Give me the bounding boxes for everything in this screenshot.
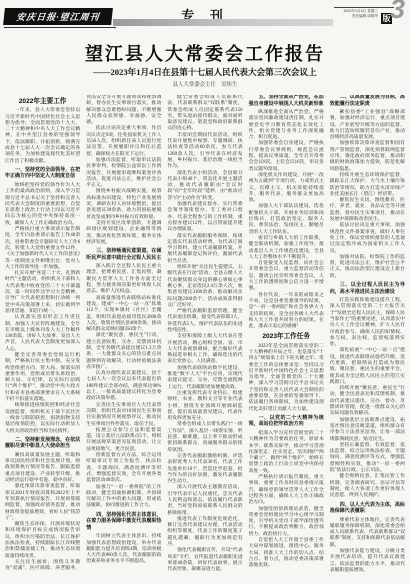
paragraph: 各位代表，一年来的成绩来之不易，这是县委坚强领导的结果，是“一府一委两院”和社会… xyxy=(249,293,324,331)
paragraph: 支持和保障上级人大代表在望开展活动，精心组织全国、省、市人大代表视察调研，配合做… xyxy=(167,334,242,365)
paragraph: 密切与乡镇人大的工作联系，健全联动机制，加强工作指导，推动基层人大工作规范化建设… xyxy=(249,236,324,261)
paragraph: 拓展公众参与立法和监督渠道，设立基层立法联系点5个，组织开展法规草案意见征询活动… xyxy=(86,428,161,453)
paragraph: 加强基层立法联系点建设，拓宽社情民意反映渠道，组织群众有序参与立法意见征询，让每… xyxy=(330,418,405,443)
paragraph: 紧扣县委“工业强县”战略部署，加强对经济运行、重点项目建设、产业转型升级等方面的… xyxy=(330,110,405,141)
paragraph: 加强对法院、检察院工作的监督，促进司法公正，维护社会公平正义，推动法治望江建设迈… xyxy=(330,255,405,280)
paragraph: 组织开展“关注民生提建议、五级代表在行动”活动，全县五级人大代表聚焦群众身边的操… xyxy=(167,265,242,309)
paragraph: 打造实践阵地建设提升工程，深入贯彻落实党的二十大报告关于“发展全过程人民民主，保… xyxy=(330,298,405,348)
paragraph: 创新监督方式方法，综合运用听取审议专项工作报告、执法检查、专题询问、满意度测评等… xyxy=(86,453,161,484)
paragraph: 高质量推进代表联络站标准化建设，建成“一中心一站一点”阵地112个，实现乡镇村（… xyxy=(86,296,161,334)
paragraph: 扎实开展“喜迎二十大、礼赞新时代”主题活动，组织机关干部和人大代表集中收看党的二… xyxy=(5,271,80,315)
page-header: 安庆日报·望江周刊 专 刊 2023年1月4日 星期三 责任编辑 周明华 版 3 xyxy=(0,0,410,32)
paragraph: 落实代表履职服务保障，按规定落实代表活动经费，为代表订阅学习资料，建立代表履职档… xyxy=(167,234,242,265)
header-meta: 2023年1月4日 星期三 责任编辑 周明华 xyxy=(300,9,378,20)
paragraph: 纵深推进全面从严治党，严格落实党风廉政建设责任制，扎实开展党史学习教育常态化长效… xyxy=(249,110,324,141)
article-subtitle: ——2023年1月4日在县第十七届人民代表大会第三次会议上 xyxy=(0,66,410,78)
paragraph: 加强与“一府一委两院”的工作联动，健全沟通协调机制，共同研究解决工作中的重大问题… xyxy=(86,485,161,510)
paragraph: 依法讨论决定重大事项，作出决议决定9项，任免国家机关工作人员56人次，组织新任命… xyxy=(86,126,161,157)
header-rule xyxy=(334,7,394,8)
item-heading: 二、坚持新发展理念，在依法履职尽责中彰显人大使命担当 xyxy=(5,438,80,451)
paragraph: 深化机关作风建设，开展“一改两为五做到”专项行动，力戒形式主义、官僚主义，机关效… xyxy=(249,173,324,204)
paragraph: 丰富闭会期间代表活动，组织代表开展集中视察、专题调研、执法检查等活动60余次，参… xyxy=(167,133,242,171)
paragraph: 常委会组成人员带头践行“一线工作法”，深入基层一线察实情、听民意、解难题，以上率… xyxy=(167,422,242,453)
editor-line: 责任编辑 周明华 xyxy=(300,14,378,19)
paragraph: 统筹推进疫情防控和经济社会发展监督，组织机关干部下沉社区一线参与联防联控，捐款捐… xyxy=(5,403,80,434)
paragraph: 严格执行重大事项请示报告制度，全年向县委请示报告工作40余次，县委常委会专题研究… xyxy=(5,227,80,271)
paragraph: 依法讨论决定重大事项，加强规范性文件备案审查，做好人事任免工作，保证党组织推荐的… xyxy=(330,223,405,254)
item-heading: 四、以人大代表为主体，高标准保障代表履职 xyxy=(330,503,405,516)
newspaper-page: 安庆日报·望江周刊 专 刊 2023年1月4日 星期三 责任编辑 周明华 版 3… xyxy=(0,0,410,584)
item-heading: 三、以全过程人民民主为导向，高水平推进民主法治建设 xyxy=(330,283,405,296)
paragraph: 始终把坚持党的领导作为人大工作的最高政治原则，深入学习贯彻习近平总书记关于坚持和… xyxy=(5,183,80,227)
paragraph: 2023年是全面贯彻落实党的二十大精神的开局之年，也是落实“十四五”规划承上启下… xyxy=(249,344,324,413)
paragraph: 深化“聚民意，惠民生”行动，建立民意收集、交办、反馈闭环机制，全年各级代表提出建… xyxy=(86,333,161,371)
paragraph: 深化拓展“一中心一站一点”建设，推进代表联络站提档升级、迭代更新，把联络站打造成… xyxy=(330,348,405,386)
item-heading: 二、以高质量发展为目标，高效能履行法定职责 xyxy=(330,95,405,108)
article-body: 2022年主要工作一年来，县人大常委会坚持以习近平新时代中国特色社会主义思想为指… xyxy=(5,95,405,578)
paragraph: 牢固树立代表主体意识，持续加强代表思想政治建设，举办代表履职能力提升培训班4期，… xyxy=(86,534,161,565)
paragraph: 聚焦生态环保，开展环境状况和环境保护目标完成情况报告审议，组织水污染防治法、长江… xyxy=(5,522,80,560)
article-headline: 望江县人大常委会工作报告 xyxy=(0,40,410,66)
paragraph: 尊重代表主体地位，完善代表履职服务保障机制，深化常委会组成人员联系代表、代表联系… xyxy=(330,518,405,549)
paragraph: 把深入学习宣传贯彻党的二十大精神作为首要政治任务，原原本本学、联系实际学，推动学… xyxy=(249,431,324,475)
header-gray-bar xyxy=(113,19,333,26)
paragraph: 健全常委会组成人员联系代表、代表联系群众“双联系”制度，常委会组成人员固定联系代… xyxy=(167,95,242,133)
paragraph: 加强代表联络站数字化建设，推进“数字人大”平台应用，实现代表建议提交、交办、反馈… xyxy=(167,366,242,391)
item-heading: 五、坚持全面从严治党，在加强自身建设中展现人大机关新形象 xyxy=(249,95,324,108)
paragraph: 自觉接受人民监督，向社会公开常委会会议、重大监督活动等信息，邀请公民旁听常委会会… xyxy=(249,261,324,292)
paragraph: 加强司法监督，听取审议法院民事审判、检察院公益诉讼工作情况报告，开展庭审观摩和案… xyxy=(86,158,161,189)
paragraph: 认真落实意识形态工作责任制，加强人大宣传阵地建设，全年在市级以上媒体刊发人大工作… xyxy=(5,315,80,353)
paragraph: 加强预算决算审查监督和国有资产管理监督，深化预算联网监督应用，强化政府债务监督，… xyxy=(330,141,405,172)
paragraph: 认真办理代表议案建议，县十七届人大一次会议以来代表提出的186件建议全部办结，满… xyxy=(86,371,161,402)
paragraph: 强化代表履职宣传，开设“代表风采”专栏，宣传报道代表履职先进事迹40余篇，讲好代… xyxy=(167,548,242,573)
paragraph: 持续开展“聚民意，惠民生”行动，健全民意表达和反馈机制，推动代表建议提出、交办、… xyxy=(330,386,405,417)
paragraph: 围绕乡村振兴战略实施，视察高标准农田建设、特色产业发展情况，调研农村人居环境整治… xyxy=(86,189,161,220)
paragraph: 深化代表小组活动，全县划分代表小组46个，常态化开展主题活动，推动代表履职由“会… xyxy=(167,171,242,202)
paragraph: 支持开发区改革创新，专题调研园区规划建设、企业融资等情况，推动优化营商环境，服务… xyxy=(86,221,161,246)
item-heading: 四、坚持强化代表主体意识，在着力服务保障中激发代表履职热情 xyxy=(86,513,161,533)
paragraph: 持续开展生态环境保护监督，跟踪长江大保护、大气水土壤污染防治等情况，助力打造水清… xyxy=(330,173,405,198)
paragraph: 健全吸纳民意、汇集民智工作机制，完善调查研究、论证评估等制度，使人大各项工作更好… xyxy=(330,474,405,499)
item-heading: 三、坚持畅通民意渠道，在倾听民声民意中践行全过程人民民主 xyxy=(86,249,161,262)
paragraph: 加强党的创新理论武装，健全常委会党组理论学习中心组学习制度，引导机关党员干部学深… xyxy=(249,507,324,538)
paragraph: 严格执行请示报告制度，重大事项、重要工作及时向县委请示报告，确保党的领导贯穿人大… xyxy=(249,475,324,506)
paragraph: 加强常委会自身建设，严格执行常委会议事规则，规范会议流程，提高议事质量，全年召开… xyxy=(249,141,324,172)
paragraph: 自觉把人大工作置于县委工作大局中谋划推进，围绕中心、服务大局，找准人大工作的切入… xyxy=(249,538,324,569)
paragraph: 加强代表能力建设，分级分类开展代表培训，提升代表议政建言、依法监督的能力水平，推… xyxy=(330,549,405,574)
paragraph: 注重发挥代表专业特长，组建财经、农业、教科文卫等专业代表小组，围绕专业领域开展调… xyxy=(167,391,242,422)
paragraph: 推进代表工作制度化规范化，修订完善代表建议办理、代表活动组织等制度，代表工作的制… xyxy=(167,517,242,548)
article-byline: 县人大常委会主任 吴炜生 xyxy=(0,80,410,88)
paragraph: 一年来，县人大常委会坚持以习近平新时代中国特色社会主义思想为指导，全面贯彻党的十… xyxy=(5,108,80,165)
paragraph: 聚焦民生关切，围绕教育、医疗、养老、就业、食品安全等开展监督，督办民生实事项目，… xyxy=(330,198,405,223)
edition-number: 3 xyxy=(390,0,410,25)
item-heading: 一、以党的二十大精神为统领，高站位把牢政治方向 xyxy=(249,416,324,429)
item-heading: 一、坚持党的全面领导，在把牢正确方向中坚定人大制度自信 xyxy=(5,168,80,181)
section-heading: 2023年工作任务 xyxy=(249,334,324,340)
paragraph: 加强人大干部队伍建设，选优配强机关干部，开展业务培训和岗位练兵，打造政治坚定、服… xyxy=(249,204,324,235)
paragraph: 完善民生实事项目人大代表票决制，组织代表对10项民生实事项目实施情况开展视察评议… xyxy=(86,403,161,428)
paragraph: 深入开展代表主题教育活动，引导代表牢记人民重托，忠实代表人民利益和意志，依法履行… xyxy=(167,485,242,516)
paragraph: 加强代表建议督办，实行常委会领导领衔督办、专工委对口督办、代表全程参与的工作机制… xyxy=(167,202,242,233)
paragraph: 强化预算决算审查监督，听取审议2021年财政决算和2022年上半年预算执行情况报… xyxy=(5,484,80,522)
paragraph: 健全完善常委会党组运行机制，严格执行民主集中制，充分发挥党组把方向、管大局、保落… xyxy=(5,353,80,403)
paragraph: 坚持正确监督、有效监督、依法监督，综合运用执法检查、专题询问、满意度测评等方式，… xyxy=(330,443,405,474)
paragraph: 深入践行全过程人民民主重大理念，把尊重民意、汇集民智、凝聚民力贯穿人大工作各方面… xyxy=(86,264,161,295)
paragraph: 紧扣高质量发展主题，听取和审议国民经济和社会发展计划、财政预算执行情况等报告，跟… xyxy=(5,453,80,484)
paragraph: 完善代表履职激励机制，评选表彰优秀人大代表30名、代表工作先进单位10个，营造比… xyxy=(167,454,242,485)
masthead-underline xyxy=(4,27,116,28)
paragraph: 严格代表履职监督管理，健全代表退出机制，接受代表辞职3人，补选代表5人，维护代表… xyxy=(167,309,242,334)
section-heading: 2022年主要工作 xyxy=(5,99,80,105)
